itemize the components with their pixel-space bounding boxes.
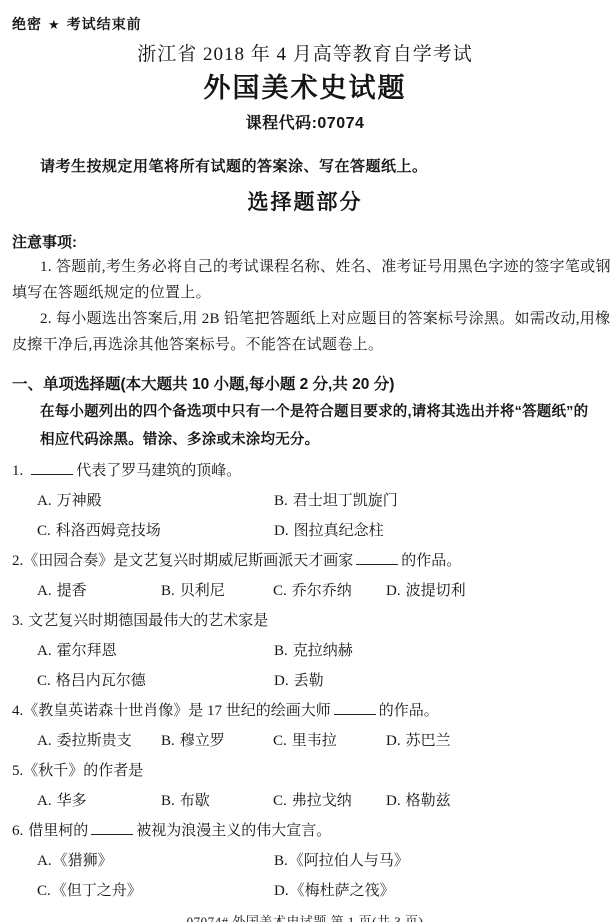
question-stem-text: 借里柯的 [28, 823, 88, 839]
question-1-stem: 1.代表了罗马建筑的顶峰。 [12, 456, 598, 486]
option-c: C.《但丁之舟》 [37, 876, 274, 906]
answer-sheet-instruction: 请考生按规定用笔将所有试题的答案涂、写在答题纸上。 [12, 155, 598, 176]
page-footer: 07074# 外国美术史试题 第 1 页(共 3 页) [12, 911, 598, 922]
question-number: 2. [12, 553, 23, 569]
option-a: A.《猎狮》 [37, 846, 274, 876]
section-one-instruction-line-1: 在每小题列出的四个备选项中只有一个是符合题目要求的,请将其选出并将“答题纸”的 [12, 398, 598, 426]
option-d: D.图拉真纪念柱 [274, 516, 384, 546]
option-d: D.苏巴兰 [386, 726, 451, 756]
question-stem-text: 《秋千》的作者是 [23, 763, 143, 779]
option-a: A.华多 [37, 786, 161, 816]
option-c: C.乔尔乔纳 [273, 576, 386, 606]
question-6-options-row-2: C.《但丁之舟》 D.《梅杜萨之筏》 [12, 876, 598, 906]
section-one-instruction-line-2: 相应代码涂黑。错涂、多涂或未涂均无分。 [12, 426, 598, 454]
note-item-1-line-1: 1. 答题前,考生务必将自己的考试课程名称、姓名、准考证号用黑色字迹的签字笔或钢… [12, 254, 598, 280]
question-stem-text-post: 的作品。 [379, 703, 439, 719]
option-a: A.万神殿 [37, 486, 274, 516]
option-c: C.弗拉戈纳 [273, 786, 386, 816]
question-1: 1.代表了罗马建筑的顶峰。 A.万神殿 B.君士坦丁凯旋门 C.科洛西姆竞技场 … [12, 456, 598, 546]
answer-blank [91, 821, 133, 835]
question-2: 2.《田园合奏》是文艺复兴时期威尼斯画派天才画家的作品。 A.提香 B.贝利尼 … [12, 546, 598, 606]
option-c: C.格吕内瓦尔德 [37, 666, 274, 696]
section-one-heading: 一、单项选择题(本大题共 10 小题,每小题 2 分,共 20 分) [12, 372, 598, 398]
note-item-1-line-2: 填写在答题纸规定的位置上。 [12, 280, 598, 306]
option-a: A.委拉斯贵支 [37, 726, 161, 756]
question-4: 4.《教皇英诺森十世肖像》是 17 世纪的绘画大师的作品。 A.委拉斯贵支 B.… [12, 696, 598, 756]
course-code: 课程代码:07074 [12, 110, 598, 133]
secrecy-label: 绝密 [12, 16, 42, 32]
question-list: 1.代表了罗马建筑的顶峰。 A.万神殿 B.君士坦丁凯旋门 C.科洛西姆竞技场 … [12, 456, 598, 906]
question-2-stem: 2.《田园合奏》是文艺复兴时期威尼斯画派天才画家的作品。 [12, 546, 598, 576]
question-6-stem: 6.借里柯的被视为浪漫主义的伟大宣言。 [12, 816, 598, 846]
option-a: A.霍尔拜恩 [37, 636, 274, 666]
question-3-options-row-2: C.格吕内瓦尔德 D.丢勒 [12, 666, 598, 696]
question-3-stem: 3.文艺复兴时期德国最伟大的艺术家是 [12, 606, 598, 636]
question-number: 4. [12, 703, 23, 719]
note-item-2-line-2: 皮擦干净后,再选涂其他答案标号。不能答在试题卷上。 [12, 332, 598, 358]
notes-heading: 注意事项: [12, 232, 598, 254]
question-stem-text-post: 的作品。 [401, 553, 461, 569]
question-number: 3. [12, 613, 23, 629]
option-c: C.里韦拉 [273, 726, 386, 756]
question-stem-text-post: 被视为浪漫主义的伟大宣言。 [136, 823, 331, 839]
question-1-options-row-2: C.科洛西姆竞技场 D.图拉真纪念柱 [12, 516, 598, 546]
option-c: C.科洛西姆竞技场 [37, 516, 274, 546]
option-b: B.穆立罗 [161, 726, 273, 756]
option-b: B.贝利尼 [161, 576, 273, 606]
question-2-options-row: A.提香 B.贝利尼 C.乔尔乔纳 D.波提切利 [12, 576, 598, 606]
question-number: 6. [12, 823, 23, 839]
option-d: D.《梅杜萨之筏》 [274, 876, 395, 906]
option-a: A.提香 [37, 576, 161, 606]
question-3-options-row-1: A.霍尔拜恩 B.克拉纳赫 [12, 636, 598, 666]
paper-title: 外国美术史试题 [12, 72, 598, 104]
section-part-title: 选择题部分 [12, 189, 598, 217]
option-b: B.君士坦丁凯旋门 [274, 486, 398, 516]
question-5-options-row: A.华多 B.布歇 C.弗拉戈纳 D.格勒兹 [12, 786, 598, 816]
question-stem-text: 《教皇英诺森十世肖像》是 17 世纪的绘画大师 [23, 703, 331, 719]
question-6-options-row-1: A.《猎狮》 B.《阿拉伯人与马》 [12, 846, 598, 876]
question-number: 5. [12, 763, 23, 779]
question-1-options-row-1: A.万神殿 B.君士坦丁凯旋门 [12, 486, 598, 516]
question-number: 1. [12, 463, 23, 479]
answer-blank [334, 701, 376, 715]
star-icon: ★ [48, 17, 61, 32]
question-5: 5.《秋千》的作者是 A.华多 B.布歇 C.弗拉戈纳 D.格勒兹 [12, 756, 598, 816]
question-stem-text: 代表了罗马建筑的顶峰。 [76, 463, 241, 479]
question-stem-text: 文艺复兴时期德国最伟大的艺术家是 [28, 613, 268, 629]
option-b: B.《阿拉伯人与马》 [274, 846, 409, 876]
option-d: D.波提切利 [386, 576, 466, 606]
note-item-2-line-1: 2. 每小题选出答案后,用 2B 铅笔把答题纸上对应题目的答案标号涂黑。如需改动… [12, 306, 598, 332]
exam-session-title: 浙江省 2018 年 4 月高等教育自学考试 [12, 39, 598, 66]
question-6: 6.借里柯的被视为浪漫主义的伟大宣言。 A.《猎狮》 B.《阿拉伯人与马》 C.… [12, 816, 598, 906]
option-d: D.格勒兹 [386, 786, 451, 816]
question-4-options-row: A.委拉斯贵支 B.穆立罗 C.里韦拉 D.苏巴兰 [12, 726, 598, 756]
question-5-stem: 5.《秋千》的作者是 [12, 756, 598, 786]
answer-blank [356, 551, 398, 565]
answer-blank [31, 461, 73, 475]
question-stem-text: 《田园合奏》是文艺复兴时期威尼斯画派天才画家 [23, 553, 353, 569]
secrecy-banner: 绝密★考试结束前 [12, 14, 598, 34]
question-3: 3.文艺复兴时期德国最伟大的艺术家是 A.霍尔拜恩 B.克拉纳赫 C.格吕内瓦尔… [12, 606, 598, 696]
exam-paper-page: 绝密★考试结束前 浙江省 2018 年 4 月高等教育自学考试 外国美术史试题 … [0, 0, 610, 922]
question-4-stem: 4.《教皇英诺森十世肖像》是 17 世纪的绘画大师的作品。 [12, 696, 598, 726]
exam-stage-label: 考试结束前 [67, 16, 142, 32]
option-d: D.丢勒 [274, 666, 324, 696]
option-b: B.克拉纳赫 [274, 636, 353, 666]
option-b: B.布歇 [161, 786, 273, 816]
